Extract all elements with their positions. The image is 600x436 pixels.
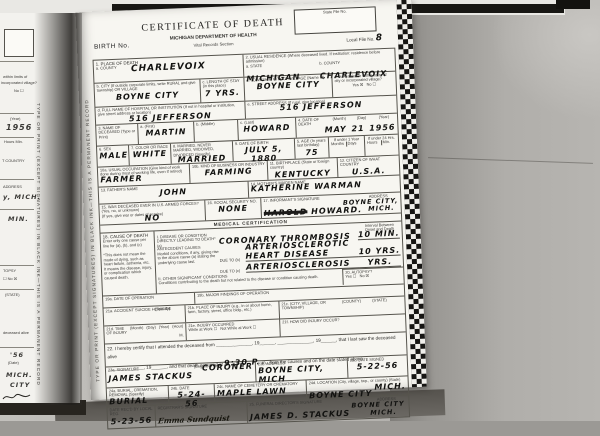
field-state-label: a. STATE xyxy=(246,62,320,69)
injury-county-label: (COUNTY) xyxy=(342,299,373,316)
name-first-value: MARTIN xyxy=(140,127,191,138)
strip-fragment: No ☐ xyxy=(14,89,24,93)
field-length-of-stay-value: 7 YRS. xyxy=(203,88,242,99)
date-received-value: 5-23-56 xyxy=(110,416,153,427)
antecedent-causes-note: Morbid conditions, if any, giving rise t… xyxy=(157,249,219,265)
res-limits-yes-checkbox: Yes ☒ xyxy=(352,82,363,87)
field-township-value: BOYNE CITY xyxy=(247,80,330,92)
autopsy-no-checkbox: No ☒ xyxy=(359,273,369,278)
autopsy-yes-checkbox: Yes ☐ xyxy=(345,274,356,279)
strip-fragment: incorporated village? xyxy=(1,81,37,85)
injury-state-label: (STATE) xyxy=(372,298,403,315)
strip-fragment: MICH. xyxy=(6,371,33,379)
local-file-no: Local File No. 8 xyxy=(346,33,387,45)
strip-fragment: ADDRESS xyxy=(3,185,22,189)
registrar-signature-value: Emma Sundquist xyxy=(157,414,230,426)
toi-day-label: (Day) xyxy=(146,325,156,334)
state-file-no-box: State File No. xyxy=(294,6,377,34)
field-time-of-injury-label: 21d. TIME OF INJURY xyxy=(106,327,127,337)
dod-year-value: 1956 xyxy=(369,123,396,133)
field-ssn-value: NONE xyxy=(207,204,258,215)
adjacent-file-no-box xyxy=(4,29,34,57)
strip-fragment: (Year) xyxy=(10,117,20,121)
age-min-label: Min. xyxy=(382,140,397,145)
signature-scribble xyxy=(2,391,32,403)
state-file-no-label: State File No. xyxy=(295,8,375,16)
scan-bottom-edge xyxy=(0,421,600,436)
local-file-no-value: 8 xyxy=(376,33,384,43)
age-days-label: Days xyxy=(347,142,363,147)
date-signed-value: 5-22-56 xyxy=(350,361,405,372)
field-age-value: 75 xyxy=(297,147,326,157)
field-res-county-label: b. COUNTY xyxy=(319,59,393,66)
scan-gutter-shadow xyxy=(34,13,82,405)
injury-at-work-checkbox: While at Work ☐ xyxy=(188,326,217,332)
strip-fragment: CITY xyxy=(10,381,30,389)
informant-address-state: MICH. xyxy=(368,204,395,213)
informant-signature-first: HAROLD xyxy=(264,208,308,219)
res-limits-no-checkbox: No ☐ xyxy=(366,81,376,86)
field-sex-value: MALE xyxy=(99,151,126,161)
cause-instruction: Enter only one cause per line for (a), (… xyxy=(103,238,152,249)
cemetery-location-state: MICH. xyxy=(374,382,406,392)
field-registrar-signature-label: REGISTRAR'S SIGNATURE xyxy=(157,403,244,411)
interval-onset-death-label: Interval Between Onset and Death xyxy=(359,223,399,234)
funeral-director-signature-value: JAMES D. STACKUS xyxy=(250,409,350,422)
cause-b-interval: 10 YRS. xyxy=(358,246,400,258)
strip-fragment: Hours Min. xyxy=(4,140,23,144)
name-middle-label: b. (Middle) xyxy=(196,121,235,127)
dod-month-value: MAY xyxy=(324,125,347,135)
accident-specify-label: (Specify) xyxy=(143,306,183,312)
age-hours-label: Hours xyxy=(367,141,382,146)
strip-fragment: '56 xyxy=(10,351,24,359)
injury-not-at-work-checkbox: Not While at Work ☐ xyxy=(220,325,256,331)
cause-footnote: *This does not mean the mode of dying, s… xyxy=(103,252,153,281)
dod-day-value: 21 xyxy=(347,124,370,134)
scan-corner-black-mark xyxy=(556,0,590,9)
strip-fragment: 1956 xyxy=(6,123,32,132)
field-race-value: WHITE xyxy=(131,149,168,159)
strip-fragment: within limits of xyxy=(3,75,27,79)
age-months-label: Months xyxy=(331,142,347,147)
field-date-of-operation-label: 19a. DATE OF OPERATION xyxy=(105,294,192,302)
strip-fragment: (STATE) xyxy=(5,293,20,297)
field-place-of-injury-label: 21b. PLACE OF INJURY (e.g., in or about … xyxy=(187,303,276,316)
informant-signature-last: HOWARD. xyxy=(311,206,362,217)
local-file-no-label: Local File No. xyxy=(346,36,374,42)
funeral-director-address-state: MICH. xyxy=(370,408,397,417)
strip-fragment: MIN. xyxy=(8,215,29,223)
name-last-value: HOWARD xyxy=(240,123,293,134)
strip-fragment: T COUNTRY xyxy=(2,159,25,163)
toi-month-label: (Month) xyxy=(130,326,144,335)
strip-fragment: TOPSY xyxy=(3,269,16,273)
field-name-of-deceased-label: 3. NAME OF DECEASED (Type or Print) xyxy=(98,125,136,140)
death-certificate-page: TYPE OR PRINT (EXCEPT SIGNATURES) IN BLA… xyxy=(76,0,427,400)
strip-fragment: (Date) xyxy=(8,361,19,365)
strip-fragment: ☐ No ☒ xyxy=(3,277,17,281)
toi-year-label: (Year) xyxy=(159,325,170,334)
strip-fragment: deceased alive xyxy=(3,331,29,335)
injury-city-label: 21c. (CITY, VILLAGE, OR TOWNSHIP) xyxy=(281,300,342,318)
